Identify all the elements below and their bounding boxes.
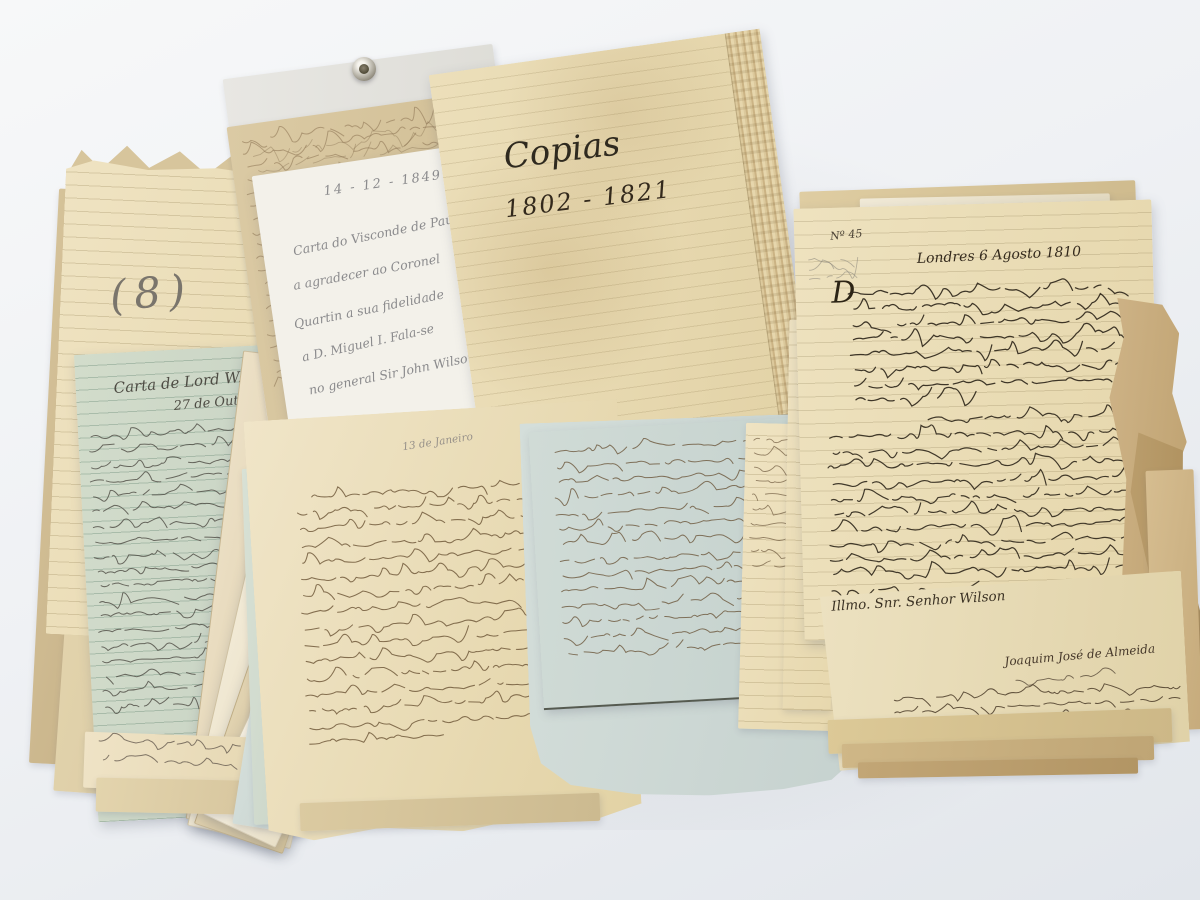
card-date: 14 - 12 - 1849 bbox=[322, 168, 442, 198]
letter-dateline: Londres 6 Agosto 1810 bbox=[916, 245, 1081, 266]
letter-number: Nº 45 bbox=[829, 227, 862, 241]
card-note-line: a agradecer ao Coronel bbox=[293, 253, 442, 292]
metal-eyelet-fastener bbox=[352, 57, 376, 81]
right-letter: Nº 45 Londres 6 Agosto 1810 D bbox=[793, 199, 1162, 640]
card-note-line: Carta do Visconde de Paula bbox=[293, 211, 466, 258]
green-letter-date: 27 de Out. bbox=[173, 394, 243, 413]
card-note-line: no general Sir John Wilson bbox=[308, 351, 477, 397]
eyelet-hole bbox=[359, 64, 369, 74]
letter-paragraph-1 bbox=[842, 280, 1131, 408]
page-number-mark: (8) bbox=[109, 269, 196, 317]
copias-dates: 1802 - 1821 bbox=[503, 177, 672, 221]
copias-title: Copias bbox=[502, 127, 622, 175]
card-note-line: a D. Miguel I. Fala-se bbox=[301, 323, 435, 364]
pencil-date-note: 13 de Janeiro bbox=[402, 432, 474, 453]
photograph-manuscript-collection: (8) Carta de Lord W. 27 de Out. 14 - 12 … bbox=[0, 0, 1200, 900]
green-letter-heading: Carta de Lord W. bbox=[113, 370, 242, 396]
copias-notebook-cover: Copias 1802 - 1821 bbox=[429, 29, 816, 474]
wilson-signature: Joaquim José de Almeida bbox=[1004, 642, 1155, 667]
